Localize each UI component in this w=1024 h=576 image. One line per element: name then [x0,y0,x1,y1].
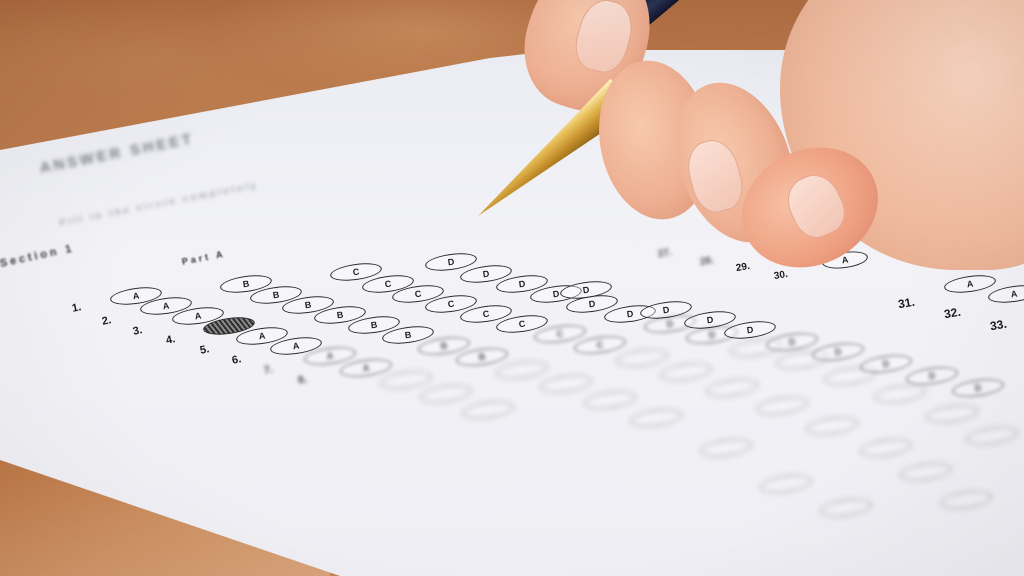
question-number: 32. [943,305,962,322]
question-number: 33. [989,317,1008,334]
photo-scene: ANSWER SHEET Fill in the circle complete… [0,0,1024,576]
question-number: 31. [897,295,916,312]
